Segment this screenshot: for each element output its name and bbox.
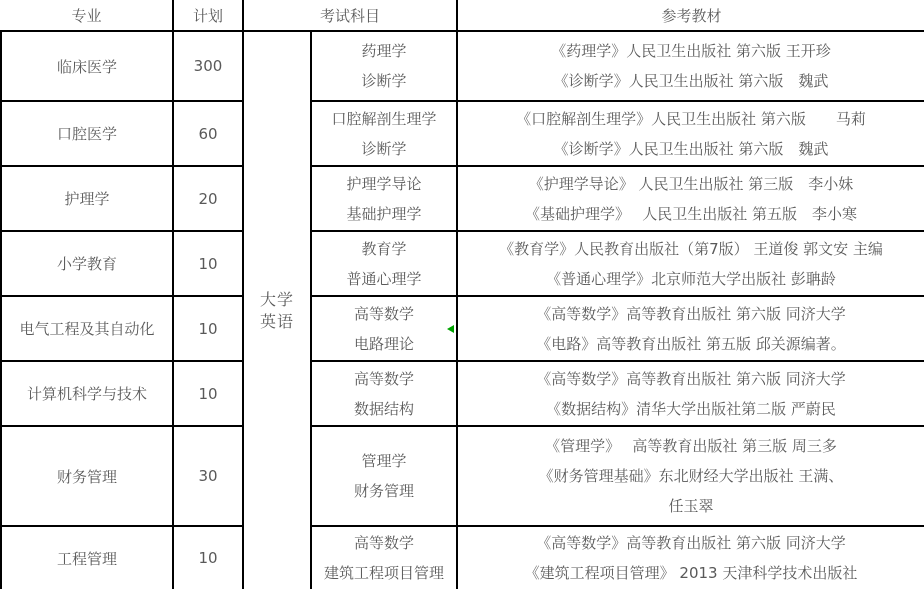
subject-line: 高等数学 <box>312 299 456 329</box>
textbook-line: 《高等数学》高等教育出版社 第六版 同济大学 <box>458 528 924 558</box>
textbook-line: 《高等数学》高等教育出版社 第六版 同济大学 <box>458 364 924 394</box>
major-cell: 财务管理 <box>1 426 173 526</box>
subject-line: 财务管理 <box>312 476 456 506</box>
textbooks-cell: 《口腔解剖生理学》人民卫生出版社 第六版 马莉《诊断学》人民卫生出版社 第六版 … <box>457 101 924 166</box>
textbooks-cell: 《药理学》人民卫生出版社 第六版 王开珍《诊断学》人民卫生出版社 第六版 魏武 <box>457 31 924 101</box>
header-row: 专业 计划 考试科目 参考教材 <box>1 0 924 31</box>
subjects-cell: 高等数学建筑工程项目管理 <box>311 526 457 589</box>
table-row: 财务管理30管理学财务管理《管理学》 高等教育出版社 第三版 周三多《财务管理基… <box>1 426 924 526</box>
textbooks-cell: 《教育学》人民教育出版社（第7版） 王道俊 郭文安 主编《普通心理学》北京师范大… <box>457 231 924 296</box>
major-cell: 小学教育 <box>1 231 173 296</box>
plan-cell: 30 <box>173 426 243 526</box>
admissions-table: 专业 计划 考试科目 参考教材 临床医学300大学英语药理学诊断学《药理学》人民… <box>0 0 924 589</box>
textbooks-cell: 《高等数学》高等教育出版社 第六版 同济大学《数据结构》清华大学出版社第二版 严… <box>457 361 924 426</box>
textbook-line: 《财务管理基础》东北财经大学出版社 王满、 <box>458 461 924 491</box>
textbooks-cell: 《管理学》 高等教育出版社 第三版 周三多《财务管理基础》东北财经大学出版社 王… <box>457 426 924 526</box>
admissions-table-sheet: 专业 计划 考试科目 参考教材 临床医学300大学英语药理学诊断学《药理学》人民… <box>0 0 924 589</box>
plan-cell: 10 <box>173 526 243 589</box>
header-subjects: 考试科目 <box>243 0 457 31</box>
plan-cell: 10 <box>173 296 243 361</box>
plan-cell: 300 <box>173 31 243 101</box>
table-row: 护理学20护理学导论基础护理学《护理学导论》 人民卫生出版社 第三版 李小妹《基… <box>1 166 924 231</box>
subject-line: 数据结构 <box>312 394 456 424</box>
shared-subject-cell: 大学英语 <box>243 31 311 589</box>
header-textbooks: 参考教材 <box>457 0 924 31</box>
subject-line: 高等数学 <box>312 364 456 394</box>
subject-line: 口腔解剖生理学 <box>312 104 456 134</box>
subject-line: 诊断学 <box>312 134 456 164</box>
table-row: 工程管理10高等数学建筑工程项目管理《高等数学》高等教育出版社 第六版 同济大学… <box>1 526 924 589</box>
textbooks-cell: 《高等数学》高等教育出版社 第六版 同济大学《电路》高等教育出版社 第五版 邱关… <box>457 296 924 361</box>
textbook-line: 《普通心理学》北京师范大学出版社 彭聃龄 <box>458 264 924 294</box>
textbook-line: 《高等数学》高等教育出版社 第六版 同济大学 <box>458 299 924 329</box>
subject-line: 药理学 <box>312 36 456 66</box>
major-cell: 电气工程及其自动化 <box>1 296 173 361</box>
subjects-cell: 管理学财务管理 <box>311 426 457 526</box>
subject-line: 诊断学 <box>312 66 456 96</box>
subjects-cell: 教育学普通心理学 <box>311 231 457 296</box>
subject-line: 基础护理学 <box>312 199 456 229</box>
subjects-cell: 高等数学电路理论 <box>311 296 457 361</box>
subject-line: 普通心理学 <box>312 264 456 294</box>
table-row: 小学教育10教育学普通心理学《教育学》人民教育出版社（第7版） 王道俊 郭文安 … <box>1 231 924 296</box>
textbook-line: 《管理学》 高等教育出版社 第三版 周三多 <box>458 431 924 461</box>
plan-cell: 20 <box>173 166 243 231</box>
green-corner-marker-icon <box>447 325 454 333</box>
header-major: 专业 <box>1 0 173 31</box>
textbook-line: 《建筑工程项目管理》 2013 天津科学技术出版社 <box>458 558 924 588</box>
subject-line: 管理学 <box>312 446 456 476</box>
subject-line: 护理学导论 <box>312 169 456 199</box>
subjects-cell: 药理学诊断学 <box>311 31 457 101</box>
textbook-line: 《基础护理学》 人民卫生出版社 第五版 李小寒 <box>458 199 924 229</box>
subject-line: 教育学 <box>312 234 456 264</box>
table-row: 电气工程及其自动化10高等数学电路理论《高等数学》高等教育出版社 第六版 同济大… <box>1 296 924 361</box>
subjects-cell: 口腔解剖生理学诊断学 <box>311 101 457 166</box>
table-row: 口腔医学60口腔解剖生理学诊断学《口腔解剖生理学》人民卫生出版社 第六版 马莉《… <box>1 101 924 166</box>
plan-cell: 60 <box>173 101 243 166</box>
textbooks-cell: 《高等数学》高等教育出版社 第六版 同济大学《建筑工程项目管理》 2013 天津… <box>457 526 924 589</box>
header-plan: 计划 <box>173 0 243 31</box>
major-cell: 口腔医学 <box>1 101 173 166</box>
table-row: 计算机科学与技术10高等数学数据结构《高等数学》高等教育出版社 第六版 同济大学… <box>1 361 924 426</box>
major-cell: 计算机科学与技术 <box>1 361 173 426</box>
textbooks-cell: 《护理学导论》 人民卫生出版社 第三版 李小妹《基础护理学》 人民卫生出版社 第… <box>457 166 924 231</box>
subjects-cell: 护理学导论基础护理学 <box>311 166 457 231</box>
major-cell: 护理学 <box>1 166 173 231</box>
textbook-line: 《数据结构》清华大学出版社第二版 严蔚民 <box>458 394 924 424</box>
table-row: 临床医学300大学英语药理学诊断学《药理学》人民卫生出版社 第六版 王开珍《诊断… <box>1 31 924 101</box>
subject-line: 电路理论 <box>312 329 456 359</box>
textbook-line: 《护理学导论》 人民卫生出版社 第三版 李小妹 <box>458 169 924 199</box>
subject-line: 高等数学 <box>312 528 456 558</box>
textbook-line: 《诊断学》人民卫生出版社 第六版 魏武 <box>458 134 924 164</box>
subjects-cell: 高等数学数据结构 <box>311 361 457 426</box>
plan-cell: 10 <box>173 231 243 296</box>
major-cell: 工程管理 <box>1 526 173 589</box>
textbook-line: 《诊断学》人民卫生出版社 第六版 魏武 <box>458 66 924 96</box>
textbook-line: 《教育学》人民教育出版社（第7版） 王道俊 郭文安 主编 <box>458 234 924 264</box>
textbook-line: 《药理学》人民卫生出版社 第六版 王开珍 <box>458 36 924 66</box>
major-cell: 临床医学 <box>1 31 173 101</box>
textbook-line: 《电路》高等教育出版社 第五版 邱关源编著。 <box>458 329 924 359</box>
textbook-line: 《口腔解剖生理学》人民卫生出版社 第六版 马莉 <box>458 104 924 134</box>
subject-line: 建筑工程项目管理 <box>312 558 456 588</box>
plan-cell: 10 <box>173 361 243 426</box>
textbook-line: 任玉翠 <box>458 491 924 521</box>
